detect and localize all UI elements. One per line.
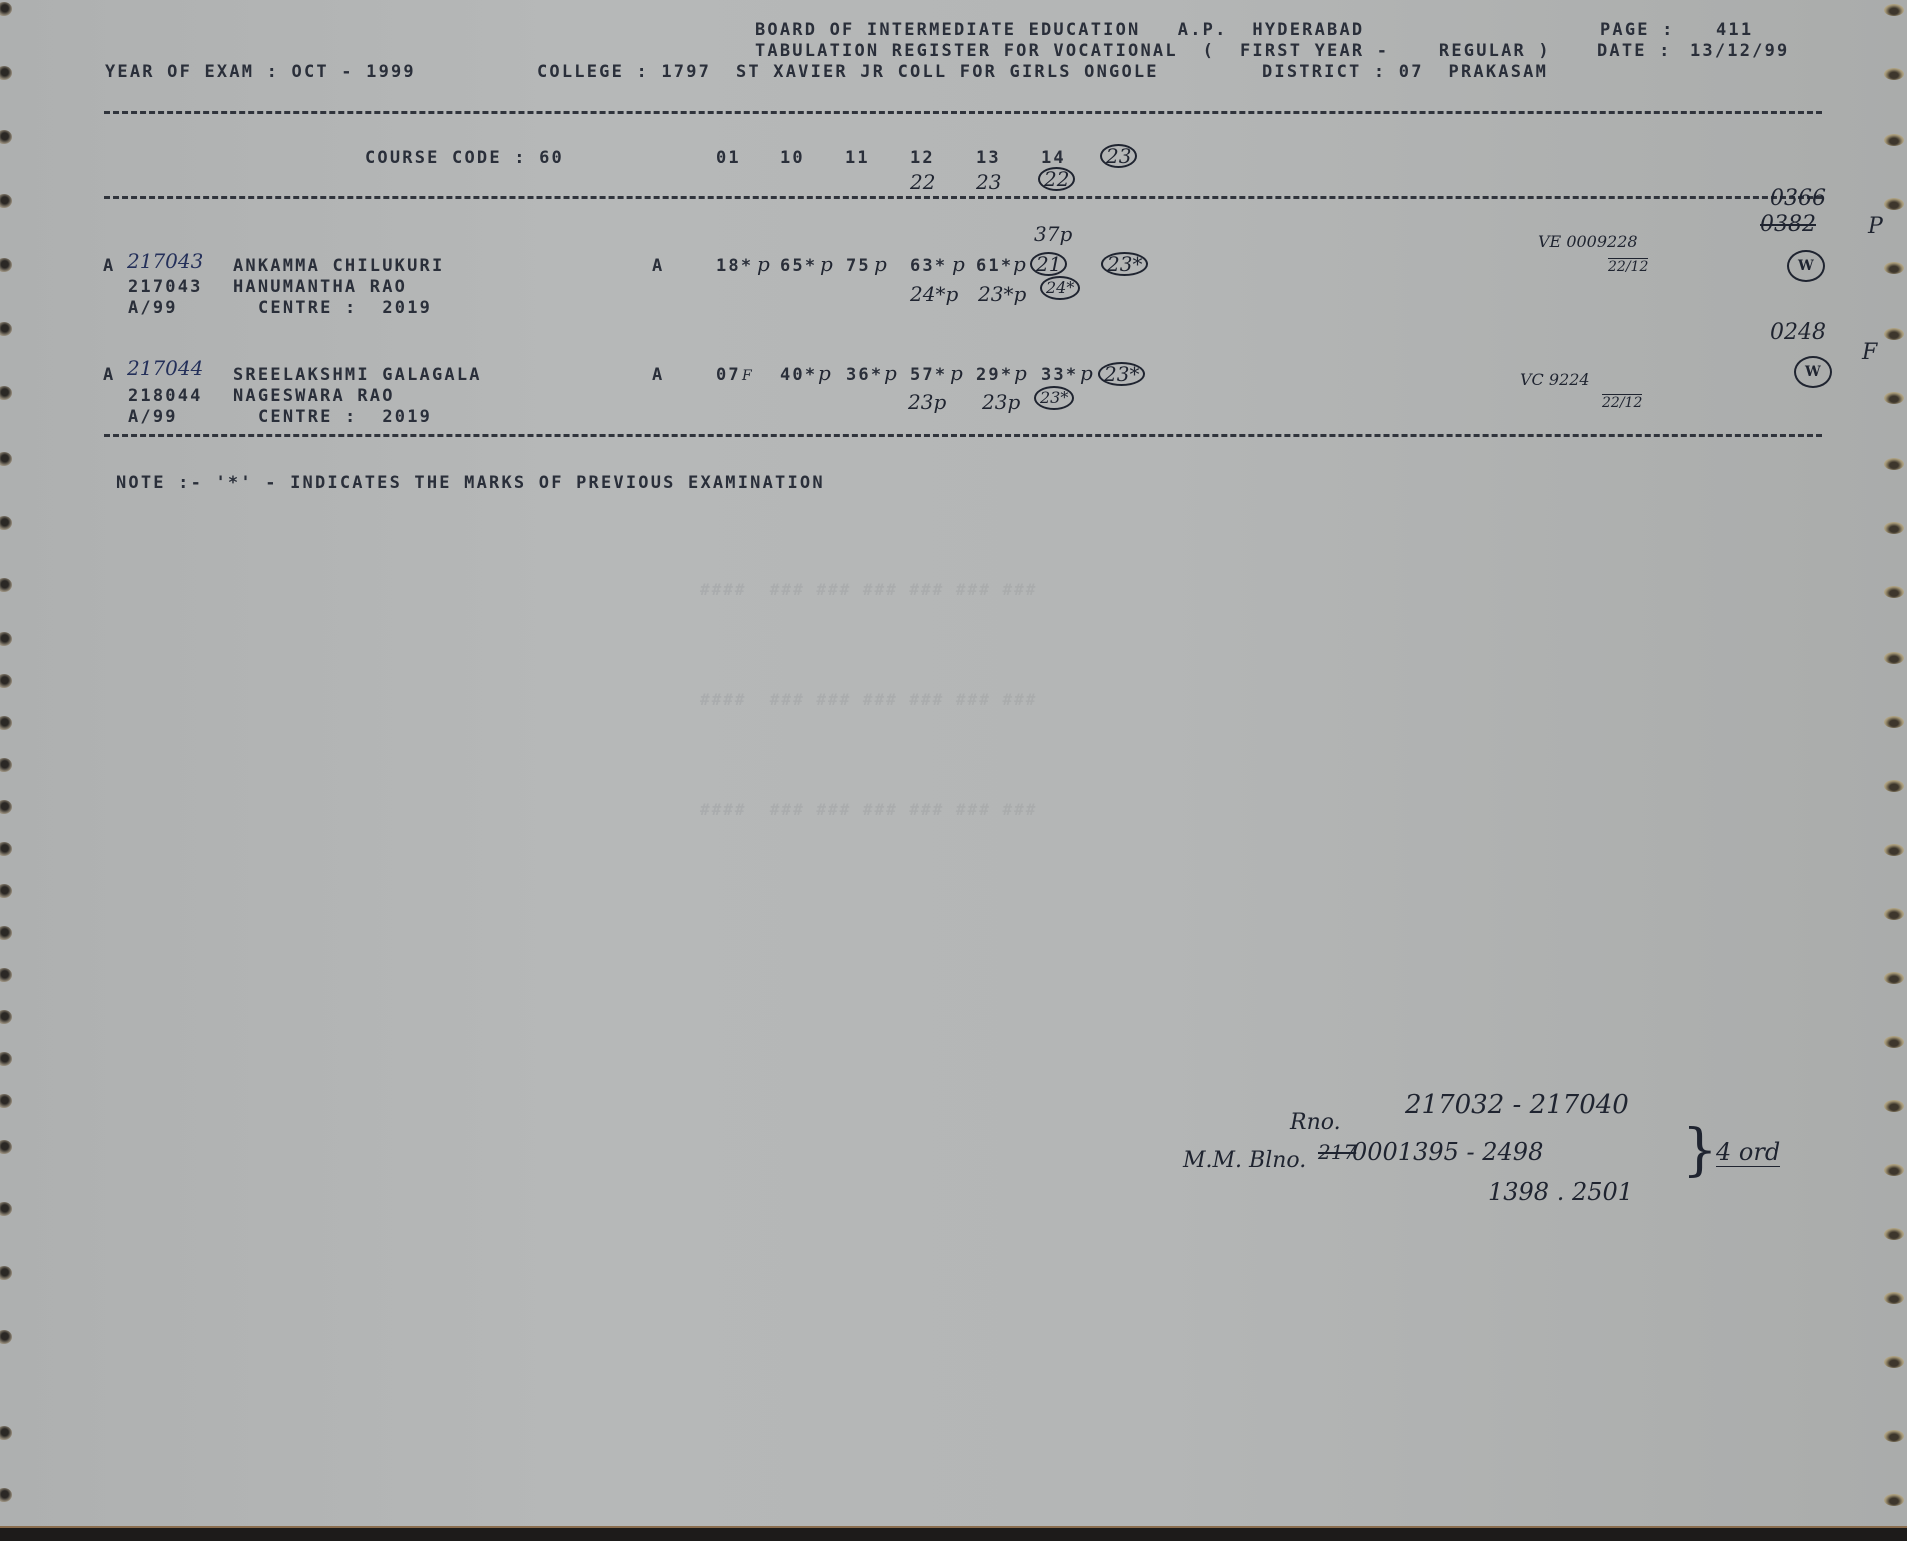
- roll-number: 217043: [128, 277, 203, 297]
- handwritten-subject-code: 23: [976, 170, 1001, 194]
- feed-hole-icon: [0, 884, 12, 898]
- father-name: NAGESWARA RAO: [233, 386, 395, 406]
- original-total-struck: 0382: [1760, 212, 1816, 237]
- feed-hole-icon: [0, 1094, 12, 1108]
- mark: 36*: [846, 365, 883, 385]
- mark-annotation: F: [742, 368, 752, 384]
- course-code-label: COURSE CODE : 60: [365, 148, 564, 168]
- circled-mark-value: 23*: [1098, 362, 1145, 386]
- mark: 18*: [716, 256, 753, 276]
- feed-hole-icon: [0, 1140, 12, 1154]
- feed-hole-icon: [1884, 972, 1904, 984]
- circled-mark-value: 23*: [1101, 252, 1148, 276]
- bleed-through-text: #### ### ### ### ### ### ###: [700, 800, 1037, 819]
- handwritten-roll-number: 217043: [127, 249, 203, 273]
- handwritten-roll-number: 217044: [127, 356, 203, 380]
- status-mark-value: W: [1787, 250, 1825, 282]
- circled-mark-value: 21: [1030, 252, 1067, 276]
- second-line-circled-mark: 24*: [1040, 276, 1080, 300]
- feed-hole-icon: [0, 800, 12, 814]
- date-value: 13/12/99: [1690, 41, 1789, 61]
- mark: 57*: [910, 365, 947, 385]
- feed-hole-icon: [0, 1426, 12, 1440]
- feed-hole-icon: [0, 258, 12, 272]
- mark: 63*: [910, 256, 947, 276]
- subject-code: 14: [1041, 148, 1066, 168]
- mark-annotation: p: [952, 252, 965, 276]
- mark-annotation: p: [1080, 361, 1093, 385]
- roll-number: 218044: [128, 386, 203, 406]
- feed-hole-icon: [0, 1266, 12, 1280]
- memo-booklet-label: M.M. Blno.: [1183, 1148, 1306, 1173]
- result-mark: P: [1868, 214, 1883, 239]
- feed-hole-icon: [1884, 1356, 1904, 1368]
- feed-hole-icon: [0, 66, 12, 80]
- feed-hole-icon: [1884, 328, 1904, 340]
- feed-hole-icon: [0, 578, 12, 592]
- mark: 61*: [976, 256, 1013, 276]
- handwritten-subject-code: 22: [910, 170, 935, 194]
- revised-mark: 37p: [1034, 222, 1072, 246]
- subject-code: 10: [780, 148, 805, 168]
- bleed-through-text: #### ### ### ### ### ### ###: [700, 690, 1037, 709]
- table-surface: [0, 1526, 1907, 1541]
- roll-range-value: 217032 - 217040: [1405, 1090, 1629, 1120]
- revised-total: 0248: [1770, 320, 1826, 345]
- register-title: TABULATION REGISTER FOR VOCATIONAL ( FIR…: [755, 41, 1551, 61]
- subject-code: 11: [845, 148, 870, 168]
- feed-hole-icon: [1884, 134, 1904, 146]
- status-circle: W: [1794, 356, 1832, 388]
- subject-code: 01: [716, 148, 741, 168]
- subject-code: 13: [976, 148, 1001, 168]
- second-line-mark: 23p: [908, 390, 946, 414]
- feed-hole-icon: [1884, 586, 1904, 598]
- mark: 40*: [780, 365, 817, 385]
- feed-hole-icon: [0, 968, 12, 982]
- feed-hole-icon: [0, 130, 12, 144]
- feed-hole-icon: [1884, 1036, 1904, 1048]
- status-mark-value: W: [1794, 356, 1832, 388]
- batch: A/99: [128, 407, 178, 427]
- feed-hole-icon: [0, 716, 12, 730]
- board-title: BOARD OF INTERMEDIATE EDUCATION A.P. HYD…: [755, 20, 1364, 40]
- feed-hole-icon: [0, 194, 12, 208]
- feed-hole-icon: [1884, 1494, 1904, 1506]
- mark: 65*: [780, 256, 817, 276]
- mark-annotation: p: [1013, 252, 1026, 276]
- student-name: SREELAKSHMI GALAGALA: [233, 365, 482, 385]
- feed-hole-icon: [0, 452, 12, 466]
- revised-total: 0366: [1770, 186, 1826, 211]
- feed-hole-icon: [0, 1052, 12, 1066]
- feed-hole-icon: [1884, 262, 1904, 274]
- second-line-mark: 23*p: [978, 282, 1026, 306]
- district-info: DISTRICT : 07 PRAKASAM: [1262, 62, 1548, 82]
- feed-hole-icon: [0, 516, 12, 530]
- year-of-exam: YEAR OF EXAM : OCT - 1999: [105, 62, 416, 82]
- mark: 33*: [1041, 365, 1078, 385]
- feed-hole-icon: [0, 1010, 12, 1024]
- status-circle: W: [1787, 250, 1825, 282]
- brace-icon: }: [1682, 1118, 1718, 1183]
- feed-hole-icon: [1884, 198, 1904, 210]
- feed-hole-icon: [1884, 1164, 1904, 1176]
- final-circled-mark: 23*: [1098, 362, 1145, 386]
- mark: 75: [846, 256, 871, 276]
- memo-reference: VE 0009228: [1538, 232, 1638, 251]
- separator-line: [104, 111, 1822, 114]
- circled-mark-value: 24*: [1040, 276, 1080, 300]
- memo-date: 22/12: [1602, 394, 1642, 411]
- centre: CENTRE : 2019: [258, 407, 432, 427]
- separator-line: [104, 434, 1822, 437]
- circled-subject-code: 23: [1100, 144, 1137, 168]
- feed-hole-icon: [1884, 1228, 1904, 1240]
- page-label: PAGE :: [1600, 20, 1675, 40]
- batch: A/99: [128, 298, 178, 318]
- student-group: A: [652, 365, 664, 385]
- feed-hole-icon: [0, 2, 12, 16]
- feed-hole-icon: [0, 1330, 12, 1344]
- feed-hole-icon: [1884, 1430, 1904, 1442]
- mark: 29*: [976, 365, 1013, 385]
- feed-hole-icon: [1884, 652, 1904, 664]
- feed-hole-icon: [1884, 458, 1904, 470]
- feed-hole-icon: [1884, 392, 1904, 404]
- feed-hole-icon: [1884, 522, 1904, 534]
- second-line-mark: 24*p: [910, 282, 958, 306]
- feed-hole-icon: [0, 322, 12, 336]
- feed-hole-icon: [0, 1202, 12, 1216]
- separator-line: [104, 196, 1822, 199]
- result-mark: F: [1862, 340, 1877, 365]
- college-info: COLLEGE : 1797 ST XAVIER JR COLL FOR GIR…: [537, 62, 1159, 82]
- mark: 07: [716, 365, 741, 385]
- memo-booklet-range: 0001395 - 2498: [1352, 1138, 1543, 1166]
- mark-annotation: p: [884, 361, 897, 385]
- circled-mark-value: 23*: [1034, 386, 1074, 410]
- feed-hole-icon: [1884, 780, 1904, 792]
- feed-hole-icon: [1884, 68, 1904, 80]
- mark-annotation: p: [1014, 361, 1027, 385]
- father-name: HANUMANTHA RAO: [233, 277, 407, 297]
- bracket-note: 4 ord: [1716, 1138, 1780, 1167]
- feed-hole-icon: [1884, 908, 1904, 920]
- subject-code: 12: [910, 148, 935, 168]
- feed-hole-icon: [0, 926, 12, 940]
- handwritten-circled-code: 22: [1038, 167, 1075, 191]
- mark-annotation: p: [874, 252, 887, 276]
- student-group: A: [652, 256, 664, 276]
- second-line-mark: 23p: [982, 390, 1020, 414]
- feed-hole-icon: [1884, 4, 1904, 16]
- mark-annotation: p: [757, 252, 770, 276]
- circled-code-value: 23: [1100, 144, 1137, 168]
- second-line-circled-mark: 23*: [1034, 386, 1074, 410]
- bleed-through-text: #### ### ### ### ### ### ###: [700, 580, 1037, 599]
- feed-hole-icon: [0, 674, 12, 688]
- centre: CENTRE : 2019: [258, 298, 432, 318]
- footnote: NOTE :- '*' - INDICATES THE MARKS OF PRE…: [116, 473, 825, 493]
- student-name: ANKAMMA CHILUKURI: [233, 256, 444, 276]
- date-label: DATE :: [1597, 41, 1672, 61]
- struck-prefix: 217: [1318, 1140, 1356, 1164]
- mark-annotation: p: [820, 252, 833, 276]
- record-prefix: A: [103, 256, 115, 276]
- circled-code-value: 22: [1038, 167, 1075, 191]
- memo-booklet-range-2: 1398 . 2501: [1488, 1178, 1633, 1206]
- feed-hole-icon: [0, 632, 12, 646]
- feed-hole-icon: [0, 386, 12, 400]
- final-circled-mark: 23*: [1101, 252, 1148, 276]
- page-number: 411: [1716, 20, 1753, 40]
- feed-hole-icon: [0, 758, 12, 772]
- feed-hole-icon: [1884, 1100, 1904, 1112]
- feed-hole-icon: [1884, 844, 1904, 856]
- feed-hole-icon: [0, 842, 12, 856]
- feed-hole-icon: [0, 1488, 12, 1502]
- feed-hole-icon: [1884, 716, 1904, 728]
- mark-annotation: p: [818, 361, 831, 385]
- tabulation-register-sheet: #### ### ### ### ### ### ### #### ### ##…: [0, 0, 1907, 1526]
- memo-reference: VC 9224: [1520, 370, 1590, 389]
- mark-annotation: p: [950, 361, 963, 385]
- circled-mark: 21: [1030, 252, 1067, 276]
- memo-date: 22/12: [1608, 258, 1648, 275]
- feed-hole-icon: [1884, 1292, 1904, 1304]
- roll-range-label: Rno.: [1290, 1110, 1341, 1135]
- record-prefix: A: [103, 365, 115, 385]
